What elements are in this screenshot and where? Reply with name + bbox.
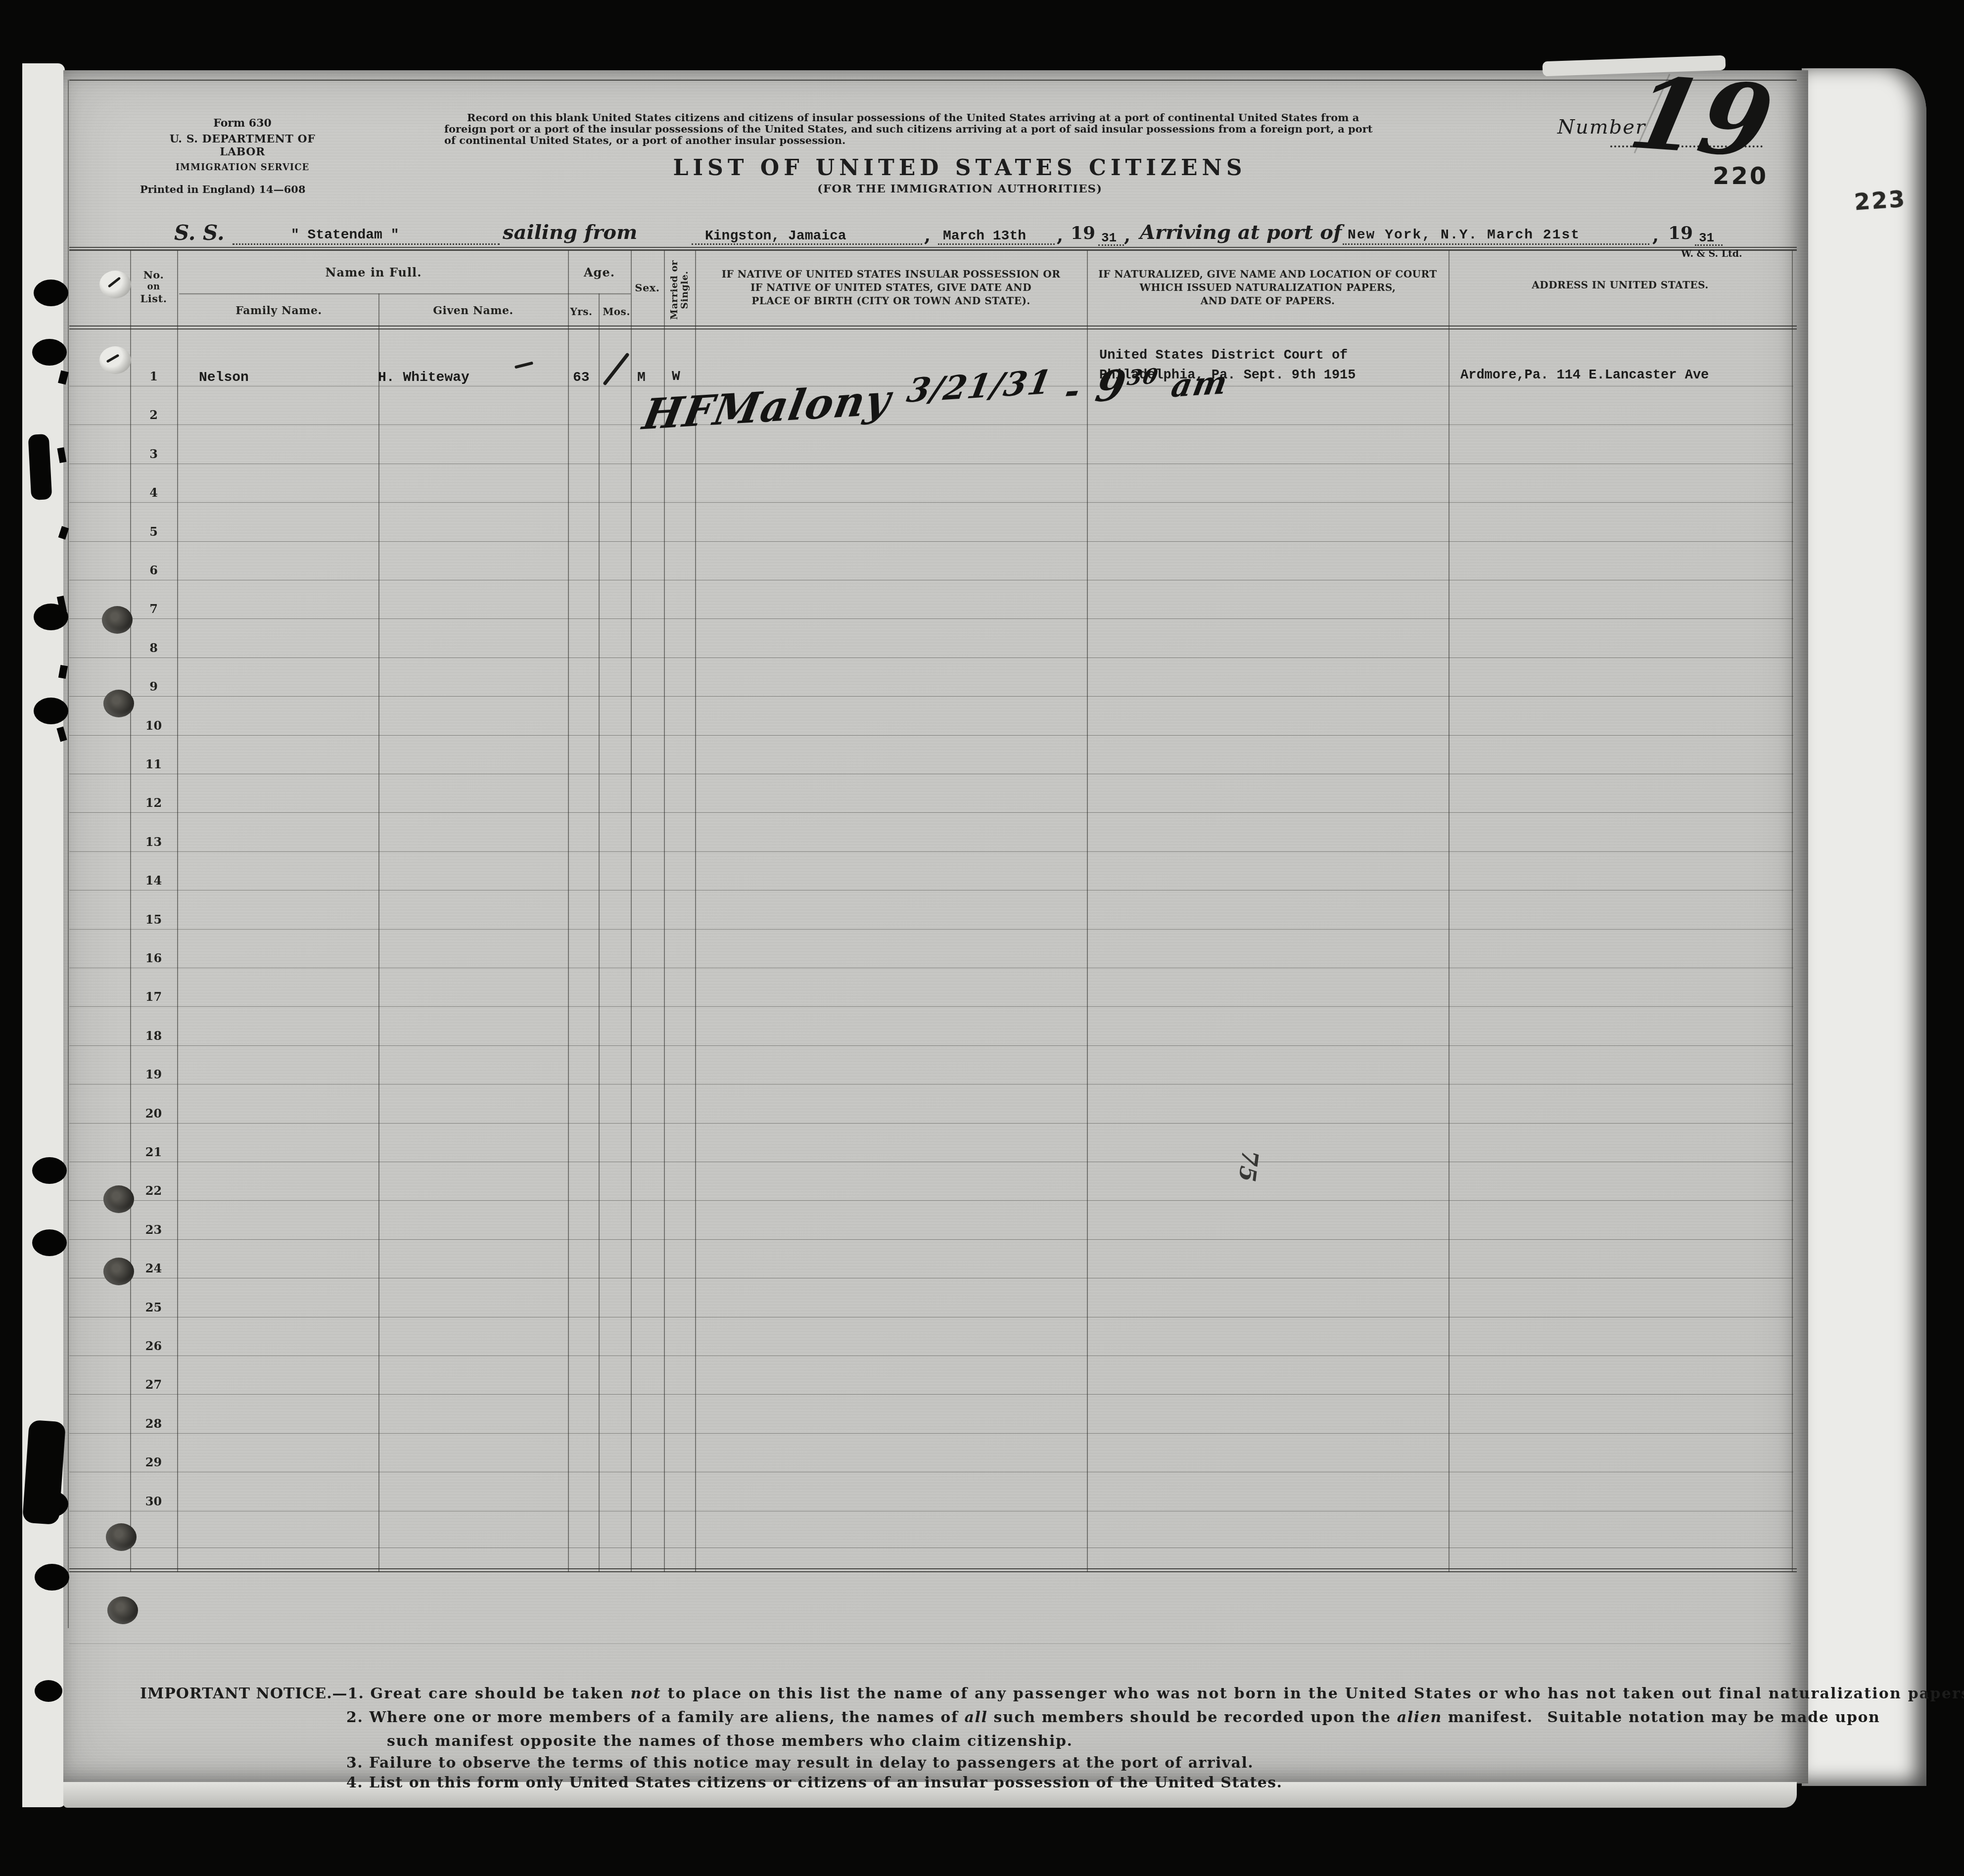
table-row-line xyxy=(69,1006,1793,1007)
scanned-manifest-page: Form 630 U. S. DEPARTMENT OF LABOR IMMIG… xyxy=(0,0,1964,1876)
column-header-sex: Sex. xyxy=(631,282,664,294)
table-row-line xyxy=(69,1200,1793,1201)
row-number: 17 xyxy=(130,989,177,1004)
row-number: 13 xyxy=(130,835,177,849)
punch-hole-mark xyxy=(103,690,134,717)
row1-sex: M xyxy=(637,370,646,385)
table-row-line xyxy=(69,541,1793,542)
row-number: 24 xyxy=(130,1261,177,1275)
row-number: 22 xyxy=(130,1183,177,1198)
table-row-line xyxy=(69,851,1793,852)
inspection-time-hour: 9 xyxy=(1092,360,1131,412)
page-subtitle: (FOR THE IMMIGRATION AUTHORITIES) xyxy=(801,182,1118,195)
row-number: 14 xyxy=(130,873,177,888)
row-number: 30 xyxy=(130,1494,177,1508)
printed-in-england-note: Printed in England) 14—608 xyxy=(140,183,306,195)
row-number: 29 xyxy=(130,1455,177,1469)
service-name: IMMIGRATION SERVICE xyxy=(163,162,322,173)
row-number: 18 xyxy=(130,1029,177,1043)
row1-family-name: Nelson xyxy=(199,370,249,385)
row1-address: Ardmore,Pa. 114 E.Lancaster Ave xyxy=(1460,368,1709,383)
table-row-line xyxy=(69,1511,1793,1511)
row-number: 1 xyxy=(130,369,177,383)
row-number: 20 xyxy=(130,1106,177,1121)
punch-hole xyxy=(34,698,68,724)
instructions-line: Record on this blank United States citiz… xyxy=(444,112,1453,123)
table-row-line xyxy=(69,696,1793,697)
departure-date: March 13th xyxy=(943,229,1026,244)
row1-married-or-single: W xyxy=(672,369,680,384)
departure-year-fill-line xyxy=(1098,227,1124,246)
punch-hole xyxy=(32,339,67,366)
table-row-line xyxy=(69,968,1793,968)
arrival-year: 31 xyxy=(1699,231,1714,245)
table-row-line xyxy=(69,774,1793,774)
notice-line-1: IMPORTANT NOTICE.—1. Great care should b… xyxy=(140,1685,1964,1702)
table-top-rule xyxy=(69,249,1797,251)
arriving-at-port-label: Arriving at port of xyxy=(1140,221,1342,244)
scan-scuff xyxy=(28,434,52,500)
table-row-line xyxy=(69,424,1793,425)
row-number: 19 xyxy=(130,1067,177,1081)
table-row-line xyxy=(69,1433,1793,1434)
punch-hole-mark xyxy=(106,1523,137,1551)
note-separator: - xyxy=(1061,370,1084,412)
punch-hole xyxy=(35,1680,62,1702)
table-column-rule xyxy=(599,293,600,1572)
adjacent-page-number-stamp: 223 xyxy=(1853,185,1907,215)
table-column-rule xyxy=(1792,250,1793,1572)
page-number-stamp: 220 xyxy=(1713,162,1768,190)
punch-hole xyxy=(35,1564,69,1591)
row-number: 21 xyxy=(130,1145,177,1159)
notice-line-4: 4. List on this form only United States … xyxy=(346,1774,1282,1791)
binder-edge-strip xyxy=(22,63,65,1807)
row-number: 16 xyxy=(130,951,177,965)
column-header-name-in-full: Name in Full. xyxy=(179,265,568,280)
instructions-paragraph: Record on this blank United States citiz… xyxy=(444,112,1453,146)
punch-hole-mark xyxy=(107,1596,138,1624)
column-header-native: IF NATIVE OF UNITED STATES INSULAR POSSE… xyxy=(695,267,1087,307)
table-row-line xyxy=(69,464,1793,464)
row-number: 7 xyxy=(130,602,177,616)
table-row-line xyxy=(69,580,1793,580)
printed-comma: , xyxy=(924,224,931,246)
table-column-rule xyxy=(378,293,379,1572)
paper-fold-line xyxy=(69,1643,1791,1644)
table-row-line xyxy=(69,1123,1793,1124)
table-bottom-rule xyxy=(69,1568,1797,1569)
page-top-rule xyxy=(69,80,1797,81)
form-id-block: Form 630 U. S. DEPARTMENT OF LABOR IMMIG… xyxy=(163,117,322,173)
printed-comma: , xyxy=(1124,224,1130,246)
row-number: 28 xyxy=(130,1416,177,1431)
row-number: 15 xyxy=(130,912,177,927)
punch-hole xyxy=(32,1229,67,1256)
table-row-line xyxy=(69,1356,1793,1356)
punch-hole-mark xyxy=(103,1258,134,1285)
page-left-rule xyxy=(68,80,69,1628)
row-number: 8 xyxy=(130,641,177,655)
column-header-no-on-list: No. on List. xyxy=(130,269,177,305)
scan-scuff xyxy=(22,1420,66,1525)
table-extra-row-line xyxy=(69,1548,1793,1548)
ss-label: S. S. xyxy=(174,221,225,245)
printed-comma: , xyxy=(1652,224,1659,246)
inspection-time-ampm: am xyxy=(1169,364,1231,405)
column-header-given-name: Given Name. xyxy=(378,305,568,317)
column-header-yrs: Yrs. xyxy=(564,306,599,318)
table-column-rule xyxy=(1449,250,1450,1572)
punch-hole xyxy=(32,1157,67,1184)
arrival-port: New York, N.Y. March 21st xyxy=(1348,228,1580,243)
department-name: U. S. DEPARTMENT OF LABOR xyxy=(163,133,322,158)
column-header-age: Age. xyxy=(568,265,631,280)
page-title: LIST OF UNITED STATES CITIZENS xyxy=(653,155,1266,181)
table-row-line xyxy=(69,735,1793,736)
row-number: 11 xyxy=(130,757,177,771)
notice-line-2-continued: such manifest opposite the names of thos… xyxy=(387,1733,1073,1750)
column-header-mos: Mos. xyxy=(599,306,634,318)
form-number: Form 630 xyxy=(163,117,322,130)
row-number: 4 xyxy=(130,485,177,500)
table-row-line xyxy=(69,1472,1793,1472)
instructions-line: of continental United States, or a port … xyxy=(444,135,1453,146)
row-number: 12 xyxy=(130,796,177,810)
table-bottom-rule xyxy=(69,1571,1797,1572)
row-number: 5 xyxy=(130,524,177,539)
notice-line-3: 3. Failure to observe the terms of this … xyxy=(346,1754,1254,1772)
departure-port: Kingston, Jamaica xyxy=(705,229,846,244)
printed-year-19: 19 xyxy=(1071,223,1095,243)
row-number: 27 xyxy=(130,1377,177,1392)
punch-hole-mark xyxy=(99,271,131,298)
row-number: 26 xyxy=(130,1339,177,1353)
table-row-line xyxy=(69,657,1793,658)
table-column-rule xyxy=(631,250,632,1572)
notice-line-2: 2. Where one or more members of a family… xyxy=(346,1709,1880,1726)
table-column-rule xyxy=(1087,250,1088,1572)
header-bottom-rule xyxy=(69,326,1797,327)
table-column-rule xyxy=(177,250,178,1572)
row-number: 23 xyxy=(130,1222,177,1237)
sailing-from-label: sailing from xyxy=(503,221,637,244)
instructions-line: foreign port or a port of the insular po… xyxy=(444,123,1453,135)
row-number: 25 xyxy=(130,1300,177,1314)
handwritten-manifest-number: 19 xyxy=(1621,55,1782,180)
inspection-time-minutes: 30 xyxy=(1125,364,1161,390)
header-subdivide-rule xyxy=(179,293,631,294)
table-row-line xyxy=(69,1317,1793,1317)
row-number: 3 xyxy=(130,447,177,461)
table-row-line xyxy=(69,1278,1793,1278)
table-column-rule xyxy=(695,250,696,1572)
adjacent-page xyxy=(1802,68,1926,1786)
table-column-rule xyxy=(130,250,131,1572)
ship-name: " Statendam " xyxy=(291,228,399,243)
table-row-line xyxy=(69,1239,1793,1240)
row-number: 10 xyxy=(130,718,177,733)
table-row-line xyxy=(69,1045,1793,1046)
table-row-line xyxy=(69,890,1793,891)
header-bottom-rule xyxy=(69,328,1797,329)
table-row-line xyxy=(69,929,1793,930)
table-row-line xyxy=(69,1084,1793,1084)
row1-age-years: 63 xyxy=(573,370,590,385)
table-row-line xyxy=(69,1162,1793,1162)
table-column-rule xyxy=(568,250,569,1572)
column-header-address: ADDRESS IN UNITED STATES. xyxy=(1455,278,1785,291)
column-header-naturalized: IF NATURALIZED, GIVE NAME AND LOCATION O… xyxy=(1087,267,1449,307)
table-row-line xyxy=(69,812,1793,813)
table-row-line xyxy=(69,502,1793,503)
table-row-line xyxy=(69,618,1793,619)
table-top-rule xyxy=(69,247,1797,248)
paper-texture xyxy=(63,70,1808,1783)
punch-hole-mark xyxy=(99,346,131,374)
punch-hole-mark xyxy=(102,606,133,634)
notice-label: IMPORTANT NOTICE.—1. xyxy=(140,1685,364,1702)
punch-hole-mark xyxy=(103,1185,134,1213)
column-header-married-or-single: Married or Single. xyxy=(664,251,695,328)
table-column-rule xyxy=(664,250,665,1572)
row1-given-name: H. Whiteway xyxy=(378,370,469,385)
row-number: 9 xyxy=(130,679,177,694)
punch-hole xyxy=(34,280,68,306)
printed-comma: , xyxy=(1057,224,1063,246)
printed-year-19: 19 xyxy=(1668,223,1693,243)
pencil-side-mark: 75 xyxy=(1233,1149,1263,1183)
row-number: 6 xyxy=(130,563,177,577)
row-number: 2 xyxy=(130,408,177,422)
table-row-line xyxy=(69,1394,1793,1395)
column-header-family-name: Family Name. xyxy=(179,305,378,317)
